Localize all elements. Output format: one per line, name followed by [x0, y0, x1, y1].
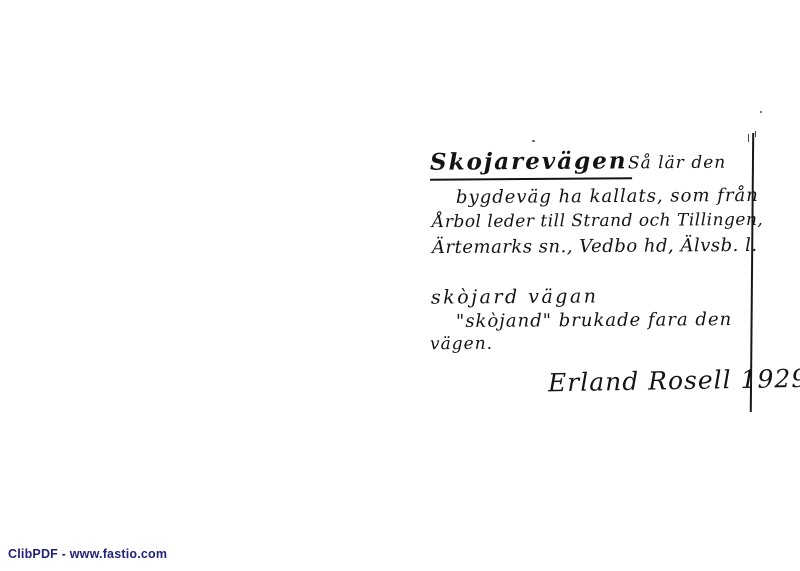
scanned-document-page: Skojarevägen Så lär den bygdeväg ha kall…	[0, 0, 800, 571]
scan-speck	[532, 140, 535, 142]
scan-speck	[760, 111, 762, 113]
dialect-note-line: "skòjand" brukade fara den	[456, 309, 732, 332]
note-heading-annotation: Så lär den	[628, 153, 726, 174]
note-body-line: Årbol leder till Strand och Tillingen,	[432, 210, 763, 232]
card-edge-tick	[755, 131, 756, 137]
note-body-line: Ärtemarks sn., Vedbo hd, Älvsb. l.	[432, 235, 758, 258]
card-edge-tick	[748, 134, 749, 142]
note-heading-underlined: Skojarevägen	[430, 147, 632, 180]
note-body-line: bygdeväg ha kallats, som från	[456, 185, 759, 208]
clibpdf-watermark: ClibPDF - www.fastio.com	[8, 547, 167, 561]
signature-and-year: Erland Rosell 1929.	[548, 364, 800, 398]
dialect-form-heading: skòjard vägan	[431, 285, 599, 308]
dialect-note-line: vägen.	[430, 334, 493, 354]
